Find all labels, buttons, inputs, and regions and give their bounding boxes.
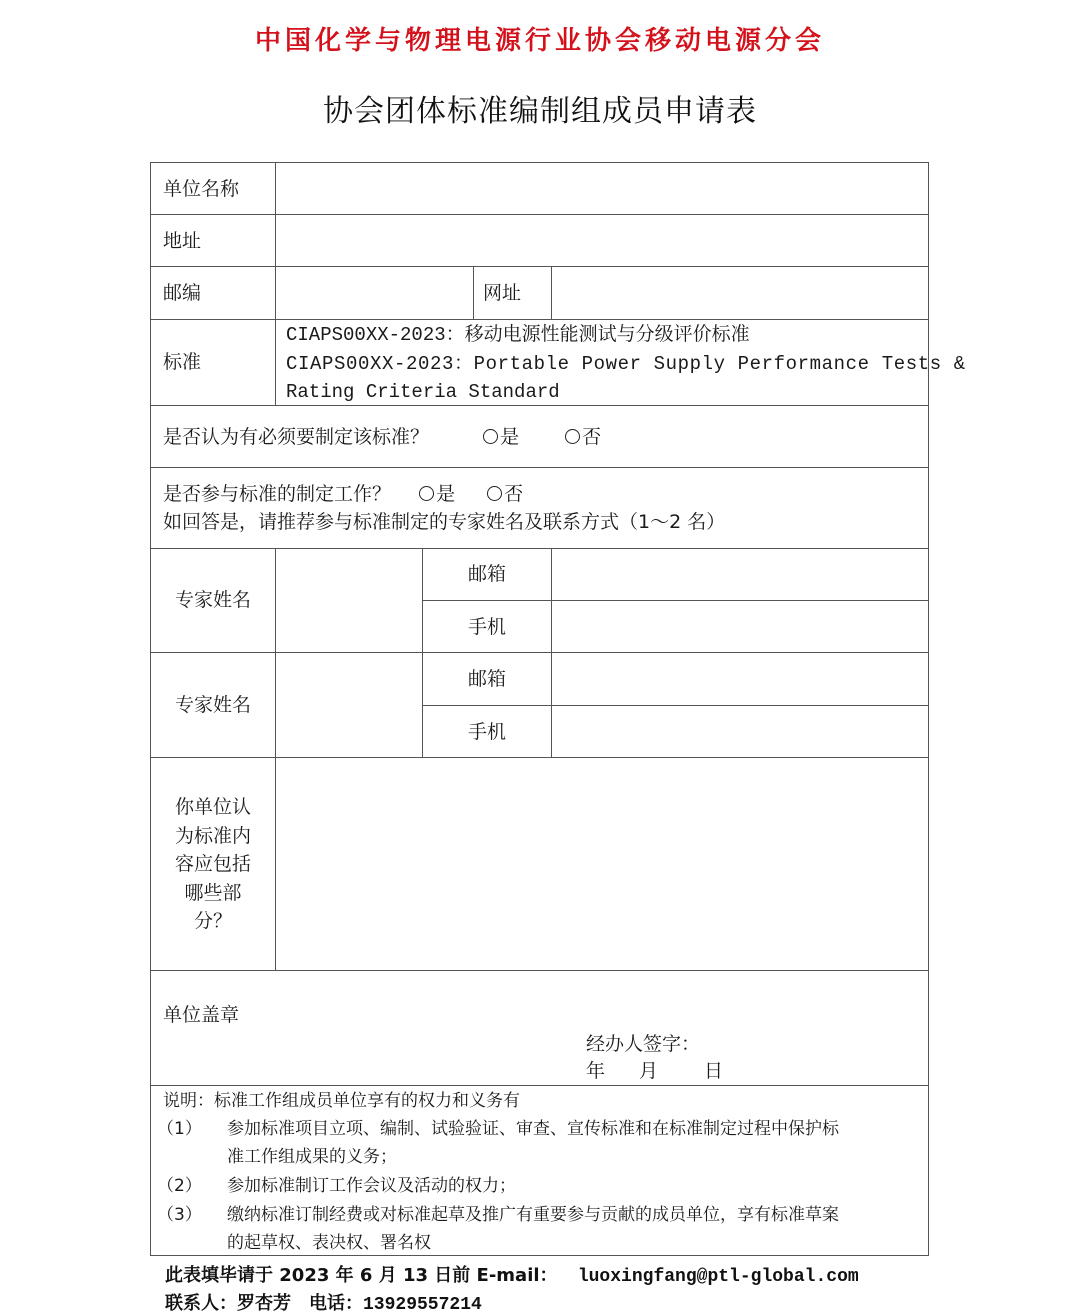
col-divider — [551, 267, 552, 319]
row-divider — [151, 652, 928, 653]
contact-email-link[interactable]: luoxingfang@ptl-global.com — [578, 1267, 859, 1287]
col-divider — [275, 548, 276, 970]
address-label: 地址 — [163, 227, 201, 255]
expert-1-email-field[interactable] — [553, 550, 927, 600]
row-divider — [151, 266, 928, 267]
participation-question: 是否参与标准的制定工作？ — [163, 483, 391, 505]
note-3-number: （3） — [157, 1201, 202, 1229]
col-divider — [275, 163, 276, 405]
expert-1-email-label: 邮箱 — [423, 560, 551, 588]
seal-area[interactable] — [152, 972, 928, 1084]
row-divider — [151, 970, 928, 971]
form-title: 协会团体标准编制组成员申请表 — [0, 86, 1080, 130]
deadline-text: 此表填毕请于 2023 年 6 月 13 日前 E-mail： — [165, 1265, 558, 1286]
note-1-number: （1） — [157, 1115, 202, 1143]
participation-no-radio[interactable]: 否 — [487, 480, 523, 508]
standard-label: 标准 — [163, 348, 201, 376]
row-divider — [423, 600, 928, 601]
radio-circle-icon — [483, 429, 498, 444]
standard-line-en-cont: Rating Criteria Standard — [286, 378, 560, 406]
note-1-line1: 参加标准项目立项、编制、试验验证、审查、宣传标准和在标准制定过程中保护标 — [227, 1115, 839, 1143]
address-field[interactable] — [277, 216, 927, 266]
necessity-no-radio[interactable]: 否 — [565, 423, 601, 451]
expert-2-name-label: 专家姓名 — [151, 691, 275, 719]
standard-line-en: CIAPS00XX-2023：Portable Power Supply Per… — [286, 350, 966, 378]
expert-2-email-label: 邮箱 — [423, 665, 551, 693]
participation-followup: 如回答是，请推荐参与标准制定的专家姓名及联系方式（1～2 名） — [163, 508, 725, 536]
expert-1-phone-label: 手机 — [423, 613, 551, 641]
col-divider — [551, 548, 552, 757]
row-divider — [151, 1085, 928, 1086]
standard-line-cn: CIAPS00XX-2023：移动电源性能测试与分级评价标准 — [286, 321, 750, 349]
row-divider — [151, 467, 928, 468]
necessity-yes-radio[interactable]: 是 — [483, 423, 519, 451]
expert-2-email-field[interactable] — [553, 654, 927, 705]
contact-phone: 13929557214 — [363, 1295, 482, 1315]
row-divider — [151, 319, 928, 320]
application-form: 单位名称 地址 邮编 网址 标准 CIAPS00XX-2023：移动电源性能测试… — [150, 162, 929, 1256]
footer-contact: 联系人：罗杏芳 电话：13929557214 — [165, 1289, 482, 1315]
participation-question-row: 是否参与标准的制定工作？ 是 否 — [163, 480, 523, 508]
row-divider — [151, 757, 928, 758]
note-2-number: （2） — [157, 1172, 202, 1200]
contact-text: 联系人：罗杏芳 电话： — [165, 1293, 363, 1314]
unit-name-field[interactable] — [277, 164, 927, 214]
expert-2-name-field[interactable] — [277, 654, 422, 757]
row-divider — [423, 705, 928, 706]
note-3-line1: 缴纳标准订制经费或对标准起草及推广有重要参与贡献的成员单位，享有标准草案 — [227, 1201, 839, 1229]
footer-deadline: 此表填毕请于 2023 年 6 月 13 日前 E-mail： luoxingf… — [165, 1261, 859, 1287]
unit-name-label: 单位名称 — [163, 175, 239, 203]
note-1-line2: 准工作组成果的义务； — [227, 1143, 397, 1171]
expert-2-phone-field[interactable] — [553, 707, 927, 757]
row-divider — [151, 548, 928, 549]
expert-2-phone-label: 手机 — [423, 718, 551, 746]
expert-1-name-label: 专家姓名 — [151, 586, 275, 614]
website-field[interactable] — [553, 268, 927, 318]
organization-title: 中国化学与物理电源行业协会移动电源分会 — [0, 20, 1080, 57]
postcode-label: 邮编 — [163, 279, 201, 307]
website-label: 网址 — [483, 279, 521, 307]
expert-1-name-field[interactable] — [277, 550, 422, 652]
note-2-line1: 参加标准制订工作会议及活动的权力； — [227, 1172, 516, 1200]
participation-yes-radio[interactable]: 是 — [419, 480, 455, 508]
necessity-question-row: 是否认为有必须要制定该标准？ 是 否 — [163, 423, 601, 451]
expert-1-phone-field[interactable] — [553, 602, 927, 652]
notes-heading: 说明：标准工作组成员单位享有的权力和义务有 — [163, 1087, 520, 1115]
necessity-question: 是否认为有必须要制定该标准？ — [163, 426, 429, 448]
postcode-field[interactable] — [277, 268, 473, 318]
col-divider — [473, 267, 474, 319]
radio-circle-icon — [565, 429, 580, 444]
radio-circle-icon — [487, 486, 502, 501]
content-question-label: 你单位认 为标准内 容应包括 哪些部 分？ — [151, 793, 275, 936]
note-3-line2: 的起草权、表决权、署名权 — [227, 1229, 431, 1257]
content-answer-field[interactable] — [277, 759, 927, 970]
radio-circle-icon — [419, 486, 434, 501]
row-divider — [151, 214, 928, 215]
